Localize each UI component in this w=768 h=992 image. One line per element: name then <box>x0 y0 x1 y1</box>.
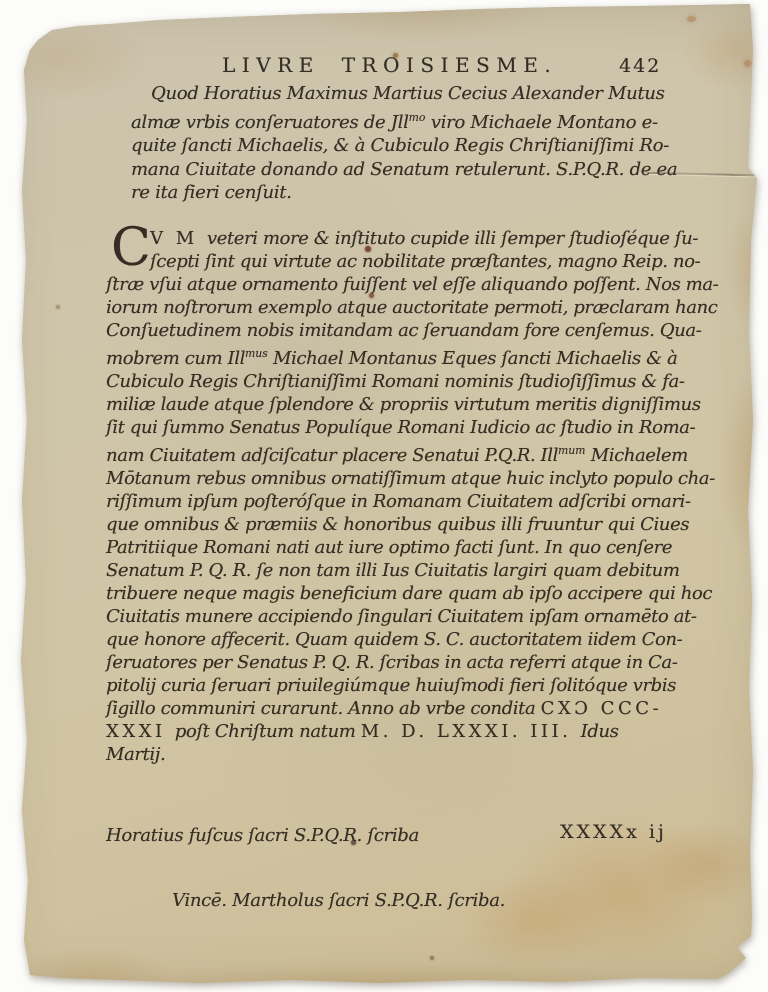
text-line: tribuere neque magis beneficium dare qua… <box>106 582 662 605</box>
page-number: 442 <box>619 55 661 77</box>
text-segment: Michael Montanus Eques ſancti Michaelis … <box>268 348 678 369</box>
text-line: pitolij curia ſeruari priuilegiúmque hui… <box>106 674 662 697</box>
decree-text-paragraph: V M veteri more & inſtituto cupide illi … <box>106 227 662 766</box>
text-segment: ſigillo communiri curarunt. Anno ab vrbe… <box>106 698 541 719</box>
foxing-speck <box>430 956 434 960</box>
foxing-speck <box>56 305 60 309</box>
text-segment: Patritiique Romani nati aut iure optimo … <box>106 537 672 558</box>
text-line: quite ſancti Michaelis, & à Cubiculo Reg… <box>131 134 661 158</box>
argument-paragraph: Quod Horatius Maximus Martius Cecius Ale… <box>131 82 661 205</box>
photo-background: LIVRE TROISIESME. 442 Quod Horatius Maxi… <box>0 0 768 992</box>
text-segment: poſt Chriſtum natum <box>175 721 361 742</box>
gathering-signature-mark: XXXXx ij <box>560 821 667 843</box>
text-line: Conſuetudinem nobis imitandam ac ſeruand… <box>106 319 662 342</box>
text-line: iorum noſtrorum exemplo atque auctoritat… <box>106 296 662 319</box>
signature-line-2: Vincē. Martholus ſacri S.P.Q.R. ſcriba. <box>106 890 505 912</box>
text-line: mobrem cum Illmus Michael Montanus Eques… <box>106 342 662 370</box>
text-line: Patritiique Romani nati aut iure optimo … <box>106 536 662 559</box>
text-line: Ciuitatis munere accipiendo ſingulari Ci… <box>106 605 662 628</box>
text-segment: ſeruatores per Senatus P. Q. R. ſcribas … <box>106 652 677 673</box>
foxing-speck <box>744 60 751 67</box>
text-segment: nam Ciuitatem adſciſcatur placere Senatu… <box>106 445 558 466</box>
text-segment: Idus <box>581 721 619 742</box>
text-segment: mobrem cum Ill <box>106 348 245 369</box>
text-segment: Martij. <box>106 744 165 765</box>
signature-line-1: Horatius fuſcus ſacri S.P.Q.R. ſcriba <box>106 825 505 847</box>
text-segment: CXƆ CCC- <box>541 698 662 719</box>
text-segment: Quod Horatius Maximus Martius Cecius Ale… <box>151 83 665 104</box>
text-line: Senatum P. Q. R. ſe non tam illi Ius Ciu… <box>106 559 662 582</box>
text-line: ſit qui ſummo Senatus Populíque Romani I… <box>106 416 662 439</box>
text-segment: ſtræ vſui atque ornamento fuiſſent vel e… <box>106 274 718 295</box>
text-line: que omnibus & præmiis & honoribus quibus… <box>106 513 662 536</box>
text-segment: viro Michaele Montano e- <box>425 112 657 133</box>
text-line: almæ vrbis conſeruatores de Jllmo viro M… <box>131 106 661 135</box>
text-segment: que omnibus & præmiis & honoribus quibus… <box>106 514 689 535</box>
text-line: Mōtanum rebus omnibus ornatiſſimum atque… <box>106 467 662 490</box>
text-segment: quite ſancti Michaelis, & à Cubiculo Reg… <box>131 135 669 156</box>
superscript-abbreviation: mus <box>245 347 268 360</box>
text-segment: veteri more & inſtituto cupide illi ſemp… <box>207 228 698 249</box>
text-segment: miliæ laude atque ſplendore & propriis v… <box>106 394 701 415</box>
text-segment: almæ vrbis conſeruatores de Jll <box>131 112 409 133</box>
text-segment: M. D. LXXXI. III. <box>361 721 581 742</box>
text-segment: ſit qui ſummo Senatus Populíque Romani I… <box>106 417 695 438</box>
text-segment: XXXI <box>106 721 175 742</box>
text-segment: V M <box>150 228 207 249</box>
text-segment: Mōtanum rebus omnibus ornatiſſimum atque… <box>106 468 715 489</box>
text-segment: mana Ciuitate donando ad Senatum retuler… <box>131 159 677 180</box>
text-line: V M veteri more & inſtituto cupide illi … <box>106 227 662 250</box>
text-segment: Cubiculo Regis Chriſtianiſſimi Romani no… <box>106 371 685 392</box>
text-segment: pitolij curia ſeruari priuilegiúmque hui… <box>106 675 676 696</box>
foxing-speck <box>687 16 696 22</box>
superscript-abbreviation: mo <box>409 111 426 124</box>
text-segment: ſcepti ſint qui virtute ac nobilitate pr… <box>150 251 700 272</box>
text-line: Cubiculo Regis Chriſtianiſſimi Romani no… <box>106 370 662 393</box>
text-line: ſigillo communiri curarunt. Anno ab vrbe… <box>106 697 662 720</box>
text-line: mana Ciuitate donando ad Senatum retuler… <box>131 158 661 182</box>
paper-page: LIVRE TROISIESME. 442 Quod Horatius Maxi… <box>0 0 768 992</box>
text-line: nam Ciuitatem adſciſcatur placere Senatu… <box>106 439 662 467</box>
text-line: miliæ laude atque ſplendore & propriis v… <box>106 393 662 416</box>
text-line: Martij. <box>106 743 662 766</box>
text-line: ſcepti ſint qui virtute ac nobilitate pr… <box>106 250 662 273</box>
text-segment: Conſuetudinem nobis imitandam ac ſeruand… <box>106 320 701 341</box>
text-segment: Senatum P. Q. R. ſe non tam illi Ius Ciu… <box>106 560 680 581</box>
running-title: LIVRE TROISIESME. <box>222 53 557 77</box>
text-line: re ita fieri cenſuit. <box>131 181 661 205</box>
text-line: ſeruatores per Senatus P. Q. R. ſcribas … <box>106 651 662 674</box>
text-segment: Michaelem <box>585 445 687 466</box>
superscript-abbreviation: mum <box>558 444 585 457</box>
paper-shadow-wrap: LIVRE TROISIESME. 442 Quod Horatius Maxi… <box>0 0 768 992</box>
text-segment: iorum noſtrorum exemplo atque auctoritat… <box>106 297 717 318</box>
text-line: riſſimum ipſum poſteróſque in Romanam Ci… <box>106 490 662 513</box>
text-line: ſtræ vſui atque ornamento fuiſſent vel e… <box>106 273 662 296</box>
text-line: que honore affecerit. Quam quidem S. C. … <box>106 628 662 651</box>
text-line: XXXI poſt Chriſtum natum M. D. LXXXI. II… <box>106 720 662 743</box>
text-segment: tribuere neque magis beneficium dare qua… <box>106 583 712 604</box>
text-line: Quod Horatius Maximus Martius Cecius Ale… <box>131 82 661 106</box>
text-segment: Ciuitatis munere accipiendo ſingulari Ci… <box>106 606 697 627</box>
text-segment: re ita fieri cenſuit. <box>131 182 292 203</box>
text-segment: que honore affecerit. Quam quidem S. C. … <box>106 629 682 650</box>
signature-block: Horatius fuſcus ſacri S.P.Q.R. ſcriba Vi… <box>106 782 505 954</box>
text-segment: riſſimum ipſum poſteróſque in Romanam Ci… <box>106 491 691 512</box>
